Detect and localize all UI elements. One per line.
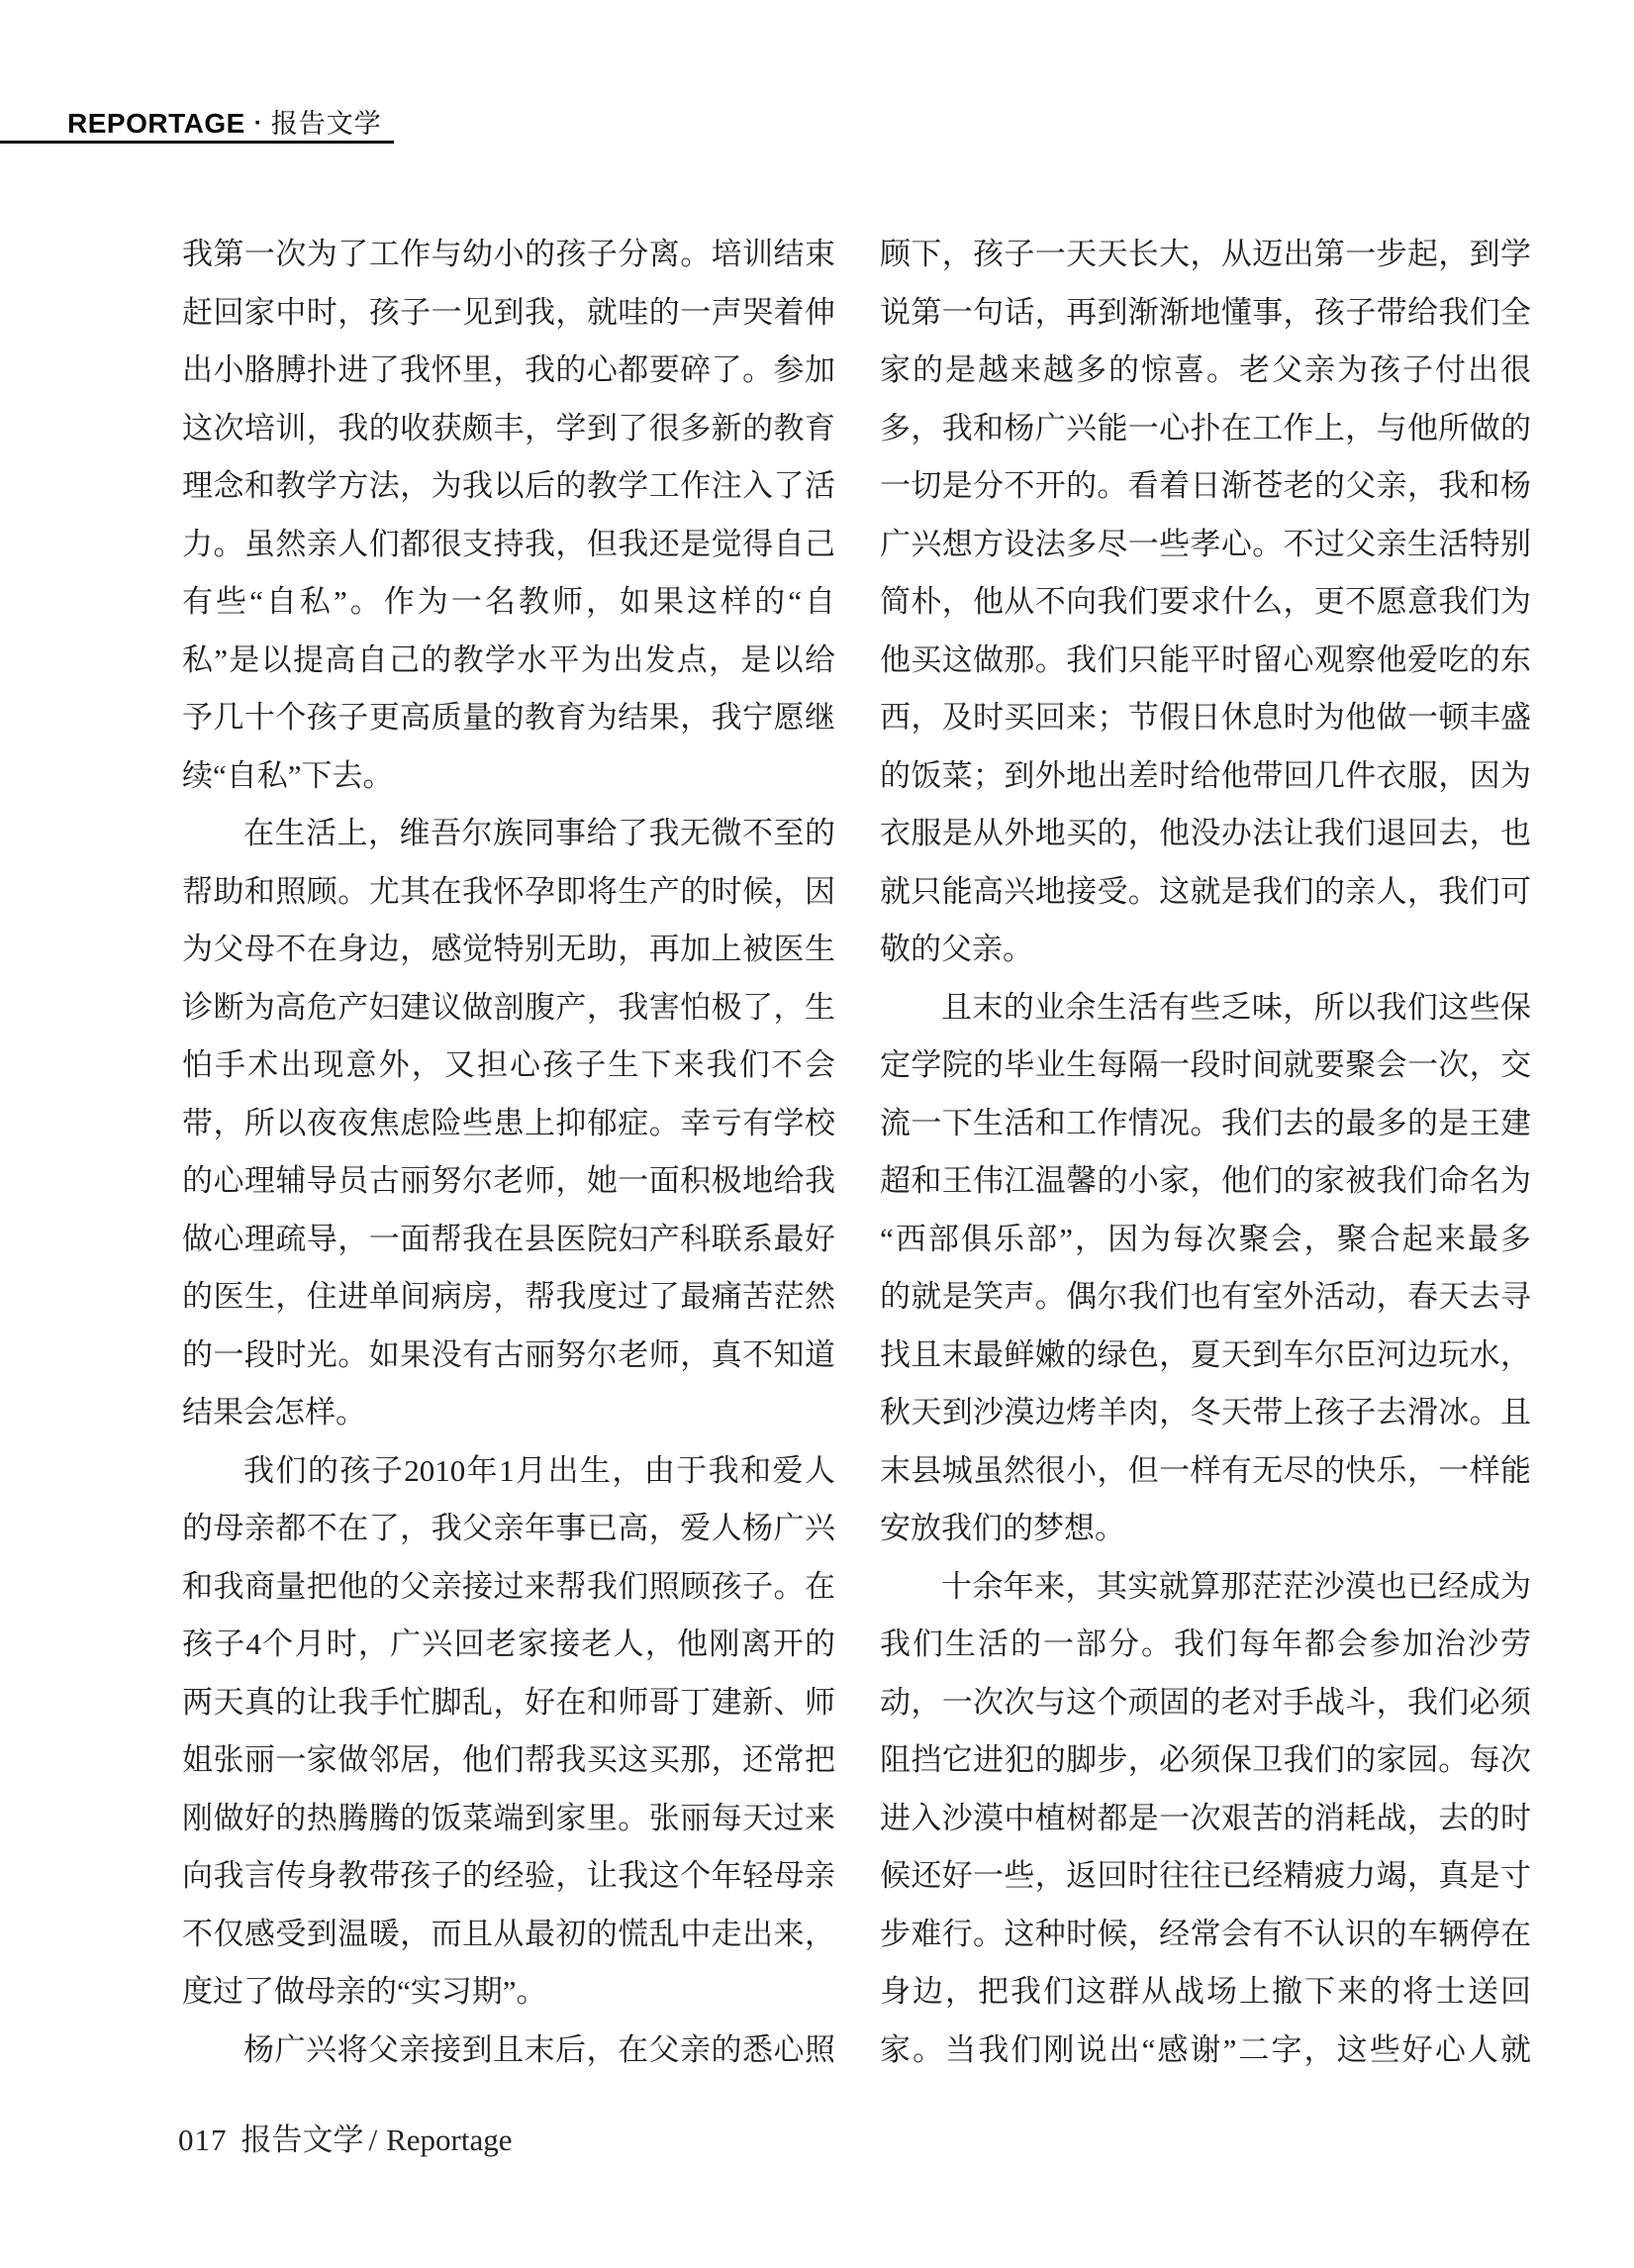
text-line: 的一段时光。如果没有古丽努尔老师，真不知道 xyxy=(182,1327,835,1385)
text-line: 动，一次次与这个顽固的老对手战斗，我们必须 xyxy=(880,1674,1531,1732)
text-column-left: 我第一次为了工作与幼小的孩子分离。培训结束赶回家中时，孩子一见到我，就哇的一声哭… xyxy=(182,226,835,2079)
text-line: 我们的孩子2010年1月出生，由于我和爱人 xyxy=(182,1442,835,1501)
text-line: 予几十个孩子更高质量的教育为结果，我宁愿继 xyxy=(182,689,835,747)
text-line: 两天真的让我手忙脚乱，好在和师哥丁建新、师 xyxy=(182,1674,835,1732)
text-line: 诊断为高危产妇建议做剖腹产，我害怕极了，生 xyxy=(182,979,835,1037)
text-line: 理念和教学方法，为我以后的教学工作注入了活 xyxy=(182,457,835,516)
text-line: 我们生活的一部分。我们每年都会参加治沙劳 xyxy=(880,1616,1531,1674)
text-line: 在生活上，维吾尔族同事给了我无微不至的 xyxy=(182,805,835,863)
kicker-separator-dot: · xyxy=(254,110,262,137)
footer-section-english: Reportage xyxy=(386,2122,512,2157)
text-line: 的母亲都不在了，我父亲年事已高，爱人杨广兴 xyxy=(182,1500,835,1558)
text-line: 超和王伟江温馨的小家，他们的家被我们命名为 xyxy=(880,1152,1531,1211)
text-line: 做心理疏导，一面帮我在县医院妇产科联系最好 xyxy=(182,1211,835,1269)
text-line: 候还好一些，返回时往往已经精疲力竭，真是寸 xyxy=(880,1847,1531,1906)
text-line: 带，所以夜夜焦虑险些患上抑郁症。幸亏有学校 xyxy=(182,1095,835,1153)
text-line: “西部俱乐部”，因为每次聚会，聚合起来最多 xyxy=(880,1211,1531,1269)
text-line: 顾下，孩子一天天长大，从迈出第一步起，到学 xyxy=(880,226,1531,284)
kicker-chinese-label: 报告文学 xyxy=(271,109,382,139)
magazine-page: REPORTAGE·报告文学 我第一次为了工作与幼小的孩子分离。培训结束赶回家中… xyxy=(0,0,1634,2268)
text-line: 秋天到沙漠边烤羊肉，冬天带上孩子去滑冰。且 xyxy=(880,1384,1531,1442)
text-line: 定学院的毕业生每隔一段时间就要聚会一次，交 xyxy=(880,1036,1531,1095)
kicker-english-label: REPORTAGE xyxy=(67,108,245,139)
text-line: 说第一句话，再到渐渐地懂事，孩子带给我们全 xyxy=(880,284,1531,343)
text-line: 安放我们的梦想。 xyxy=(880,1500,1531,1558)
page-footer: 017报告文学/Reportage xyxy=(178,2120,513,2160)
text-line: 姐张丽一家做邻居，他们帮我买这买那，还常把 xyxy=(182,1731,835,1790)
text-line: 十余年来，其实就算那茫茫沙漠也已经成为 xyxy=(880,1558,1531,1617)
footer-separator: / xyxy=(369,2122,378,2157)
text-line: 不仅感受到温暖，而且从最初的慌乱中走出来， xyxy=(182,1906,835,1964)
text-line: 多，我和杨广兴能一心扑在工作上，与他所做的 xyxy=(880,400,1531,458)
text-line: 他买这做那。我们只能平时留心观察他爱吃的东 xyxy=(880,632,1531,690)
header-rule xyxy=(0,141,394,144)
text-line: 向我言传身教带孩子的经验，让我这个年轻母亲 xyxy=(182,1847,835,1906)
section-kicker: REPORTAGE·报告文学 xyxy=(67,109,382,144)
text-line: 的就是笑声。偶尔我们也有室外活动，春天去寻 xyxy=(880,1268,1531,1327)
text-line: 的心理辅导员古丽努尔老师，她一面积极地给我 xyxy=(182,1152,835,1211)
text-line: 这次培训，我的收获颇丰，学到了很多新的教育 xyxy=(182,400,835,458)
page-number: 017 xyxy=(178,2122,228,2157)
text-line: 西，及时买回来；节假日休息时为他做一顿丰盛 xyxy=(880,689,1531,747)
text-line: 孩子4个月时，广兴回老家接老人，他刚离开的 xyxy=(182,1616,835,1674)
text-line: 和我商量把他的父亲接过来帮我们照顾孩子。在 xyxy=(182,1558,835,1617)
text-line: 广兴想方设法多尽一些孝心。不过父亲生活特别 xyxy=(880,516,1531,574)
text-line: 我第一次为了工作与幼小的孩子分离。培训结束 xyxy=(182,226,835,284)
text-line: 一切是分不开的。看着日渐苍老的父亲，我和杨 xyxy=(880,457,1531,516)
text-line: 出小胳膊扑进了我怀里，我的心都要碎了。参加 xyxy=(182,342,835,400)
text-line: 衣服是从外地买的，他没办法让我们退回去，也 xyxy=(880,805,1531,863)
text-line: 力。虽然亲人们都很支持我，但我还是觉得自己 xyxy=(182,516,835,574)
text-line: 杨广兴将父亲接到且末后，在父亲的悉心照 xyxy=(182,2021,835,2080)
text-line: 就只能高兴地接受。这就是我们的亲人，我们可 xyxy=(880,863,1531,922)
text-line: 为父母不在身边，感觉特别无助，再加上被医生 xyxy=(182,921,835,979)
text-line: 敬的父亲。 xyxy=(880,921,1531,979)
text-line: 身边，把我们这群从战场上撤下来的将士送回 xyxy=(880,1963,1531,2021)
text-line: 有些“自私”。作为一名教师，如果这样的“自 xyxy=(182,573,835,632)
text-line: 赶回家中时，孩子一见到我，就哇的一声哭着伸 xyxy=(182,284,835,343)
text-line: 家的是越来越多的惊喜。老父亲为孩子付出很 xyxy=(880,342,1531,400)
text-line: 阻挡它进犯的脚步，必须保卫我们的家园。每次 xyxy=(880,1731,1531,1790)
text-line: 续“自私”下去。 xyxy=(182,747,835,806)
text-line: 度过了做母亲的“实习期”。 xyxy=(182,1963,835,2021)
text-line: 私”是以提高自己的教学水平为出发点，是以给 xyxy=(182,632,835,690)
text-line: 进入沙漠中植树都是一次艰苦的消耗战，去的时 xyxy=(880,1790,1531,1848)
text-line: 步难行。这种时候，经常会有不认识的车辆停在 xyxy=(880,1906,1531,1964)
text-line: 流一下生活和工作情况。我们去的最多的是王建 xyxy=(880,1095,1531,1153)
text-line: 家。当我们刚说出“感谢”二字，这些好心人就 xyxy=(880,2021,1531,2080)
text-line: 怕手术出现意外，又担心孩子生下来我们不会 xyxy=(182,1036,835,1095)
footer-section-chinese: 报告文学 xyxy=(241,2122,364,2157)
text-line: 帮助和照顾。尤其在我怀孕即将生产的时候，因 xyxy=(182,863,835,922)
text-line: 刚做好的热腾腾的饭菜端到家里。张丽每天过来 xyxy=(182,1790,835,1848)
text-line: 结果会怎样。 xyxy=(182,1384,835,1442)
text-line: 的医生，住进单间病房，帮我度过了最痛苦茫然 xyxy=(182,1268,835,1327)
text-line: 找且末最鲜嫩的绿色，夏天到车尔臣河边玩水， xyxy=(880,1327,1531,1385)
text-line: 且末的业余生活有些乏味，所以我们这些保 xyxy=(880,979,1531,1037)
text-line: 末县城虽然很小，但一样有无尽的快乐，一样能 xyxy=(880,1442,1531,1501)
text-line: 简朴，他从不向我们要求什么，更不愿意我们为 xyxy=(880,573,1531,632)
text-line: 的饭菜；到外地出差时给他带回几件衣服，因为 xyxy=(880,747,1531,806)
text-column-right: 顾下，孩子一天天长大，从迈出第一步起，到学说第一句话，再到渐渐地懂事，孩子带给我… xyxy=(880,226,1531,2079)
